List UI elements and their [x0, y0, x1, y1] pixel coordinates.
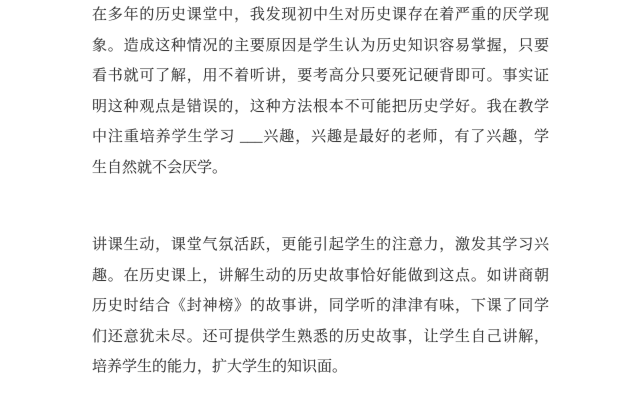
text-line-with-blank: 中注重培养学生学习 ___兴趣，兴趣是最好的老师，有了兴趣，学 [92, 122, 549, 153]
text-line: 培养学生的能力，扩大学生的知识面。 [92, 352, 549, 383]
paragraph-1: 在多年的历史课堂中，我发现初中生对历史课存在着严重的厌学现 象。造成这种情况的主… [92, 0, 549, 183]
text-line: 在多年的历史课堂中，我发现初中生对历史课存在着严重的厌学现 [92, 0, 549, 31]
paragraph-2: 讲课生动，课堂气氛活跃，更能引起学生的注意力，激发其学习兴 趣。在历史课上，讲解… [92, 230, 549, 383]
text-line: 生自然就不会厌学。 [92, 153, 549, 184]
text-line: 象。造成这种情况的主要原因是学生认为历史知识容易掌握，只要 [92, 31, 549, 62]
text-line: 们还意犹未尽。还可提供学生熟悉的历史故事，让学生自己讲解， [92, 322, 549, 353]
text-line: 讲课生动，课堂气氛活跃，更能引起学生的注意力，激发其学习兴 [92, 230, 549, 261]
text-block: 在多年的历史课堂中，我发现初中生对历史课存在着严重的厌学现 象。造成这种情况的主… [92, 0, 549, 383]
document-page: 在多年的历史课堂中，我发现初中生对历史课存在着严重的厌学现 象。造成这种情况的主… [0, 0, 640, 400]
text-line: 趣。在历史课上，讲解生动的历史故事恰好能做到这点。如讲商朝 [92, 261, 549, 292]
text-line: 明这种观点是错误的，这种方法根本不可能把历史学好。我在教学 [92, 92, 549, 123]
text-line: 历史时结合《封神榜》的故事讲，同学听的津津有味，下课了同学 [92, 291, 549, 322]
text-line: 看书就可了解，用不着听讲，要考高分只要死记硬背即可。事实证 [92, 61, 549, 92]
